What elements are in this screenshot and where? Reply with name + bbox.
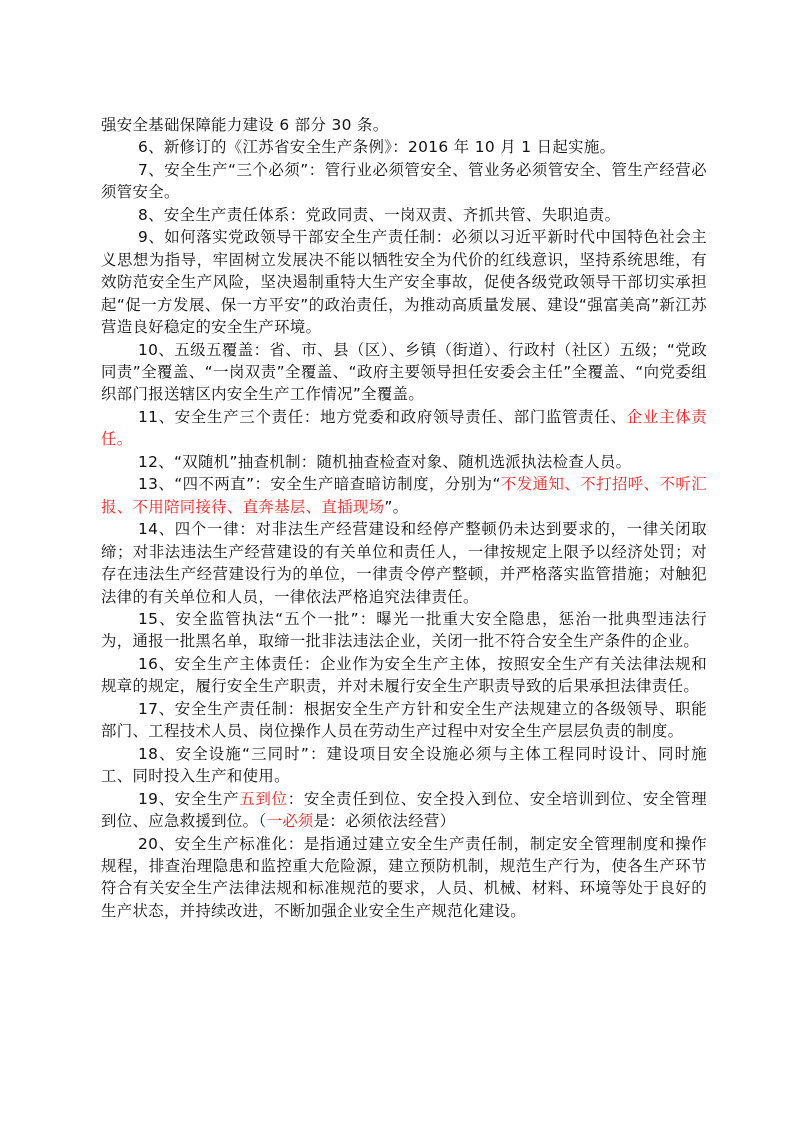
paragraph-item-10: 10、五级五覆盖：省、市、县（区）、乡镇（街道）、行政村（社区）五级；“党政同责…: [101, 339, 707, 406]
document-page: 强安全基础保障能力建设 6 部分 30 条。 6、新修订的《江苏省安全生产条例》…: [101, 114, 707, 922]
paragraph-text: 19、安全生产: [138, 790, 239, 808]
paragraph-item-12: 12、“双随机”抽查机制：随机抽查检查对象、随机选派执法检查人员。: [101, 451, 707, 473]
paragraph-text: 11、安全生产三个责任：地方党委和政府领导责任、部门监管责任、: [138, 408, 627, 426]
highlighted-text: 五到位: [239, 790, 287, 808]
paragraph-text: 17、安全生产责任制：根据安全生产方针和安全生产法规建立的各级领导、职能部门、工…: [101, 700, 707, 740]
paragraph-text: 18、安全设施“三同时”：建设项目安全设施必须与主体工程同时设计、同时施工、同时…: [101, 745, 707, 785]
paragraph-item-15: 15、安全监管执法“五个一批”：曝光一批重大安全隐患，惩治一批典型违法行为，通报…: [101, 608, 707, 653]
paragraph-item-17: 17、安全生产责任制：根据安全生产方针和安全生产法规建立的各级领导、职能部门、工…: [101, 698, 707, 743]
paragraph-text: 8、安全生产责任体系：党政同责、一岗双责、齐抓共管、失职追责。: [138, 206, 620, 224]
paragraph-intro-tail: 强安全基础保障能力建设 6 部分 30 条。: [101, 114, 707, 136]
paragraph-item-20: 20、安全生产标准化：是指通过建立安全生产责任制，制定安全管理制度和操作规程，排…: [101, 833, 707, 923]
paragraph-item-13: 13、“四不两直”：安全生产暗查暗访制度，分别为“不发通知、不打招呼、不听汇报、…: [101, 473, 707, 518]
highlighted-text: 一必须: [266, 812, 313, 830]
paragraph-item-19: 19、安全生产五到位：安全责任到位、安全投入到位、安全培训到位、安全管理到位、应…: [101, 788, 707, 833]
paragraph-text: 14、四个一律：对非法生产经营建设和经停产整顿仍未达到要求的，一律关闭取缔；对非…: [101, 520, 707, 605]
paragraph-text: 9、如何落实党政领导干部安全生产责任制：必须以习近平新时代中国特色社会主义思想为…: [101, 228, 707, 336]
paragraph-item-6: 6、新修订的《江苏省安全生产条例》：2016 年 10 月 1 日起实施。: [101, 136, 707, 158]
paragraph-text: 7、安全生产“三个必须”：管行业必须管安全、管业务必须管安全、管生产经营必须管安…: [101, 161, 707, 201]
paragraph-text: 20、安全生产标准化：是指通过建立安全生产责任制，制定安全管理制度和操作规程，排…: [101, 835, 707, 920]
paragraph-item-8: 8、安全生产责任体系：党政同责、一岗双责、齐抓共管、失职追责。: [101, 204, 707, 226]
paragraph-text: 16、安全生产主体责任：企业作为安全生产主体，按照安全生产有关法律法规和规章的规…: [101, 655, 707, 695]
paragraph-item-9: 9、如何落实党政领导干部安全生产责任制：必须以习近平新时代中国特色社会主义思想为…: [101, 226, 707, 338]
paragraph-text: 13、“四不两直”：安全生产暗查暗访制度，分别为“: [138, 475, 501, 493]
paragraph-item-7: 7、安全生产“三个必须”：管行业必须管安全、管业务必须管安全、管生产经营必须管安…: [101, 159, 707, 204]
paragraph-item-14: 14、四个一律：对非法生产经营建设和经停产整顿仍未达到要求的，一律关闭取缔；对非…: [101, 518, 707, 608]
paragraph-text: 15、安全监管执法“五个一批”：曝光一批重大安全隐患，惩治一批典型违法行为，通报…: [101, 610, 707, 650]
paragraph-item-11: 11、安全生产三个责任：地方党委和政府领导责任、部门监管责任、企业主体责任。: [101, 406, 707, 451]
paragraph-text: 12、“双随机”抽查机制：随机抽查检查对象、随机选派执法检查人员。: [138, 453, 631, 471]
paragraph-text: 10、五级五覆盖：省、市、县（区）、乡镇（街道）、行政村（社区）五级；“党政同责…: [101, 341, 707, 404]
paragraph-text: 是：必须依法经营）: [314, 812, 456, 830]
paragraph-text: 6、新修订的《江苏省安全生产条例》：2016 年 10 月 1 日起实施。: [138, 138, 615, 156]
paragraph-text: ”。: [384, 498, 408, 516]
paragraph-item-16: 16、安全生产主体责任：企业作为安全生产主体，按照安全生产有关法律法规和规章的规…: [101, 653, 707, 698]
paragraph-text: 强安全基础保障能力建设 6 部分 30 条。: [101, 116, 389, 134]
paragraph-item-18: 18、安全设施“三同时”：建设项目安全设施必须与主体工程同时设计、同时施工、同时…: [101, 743, 707, 788]
